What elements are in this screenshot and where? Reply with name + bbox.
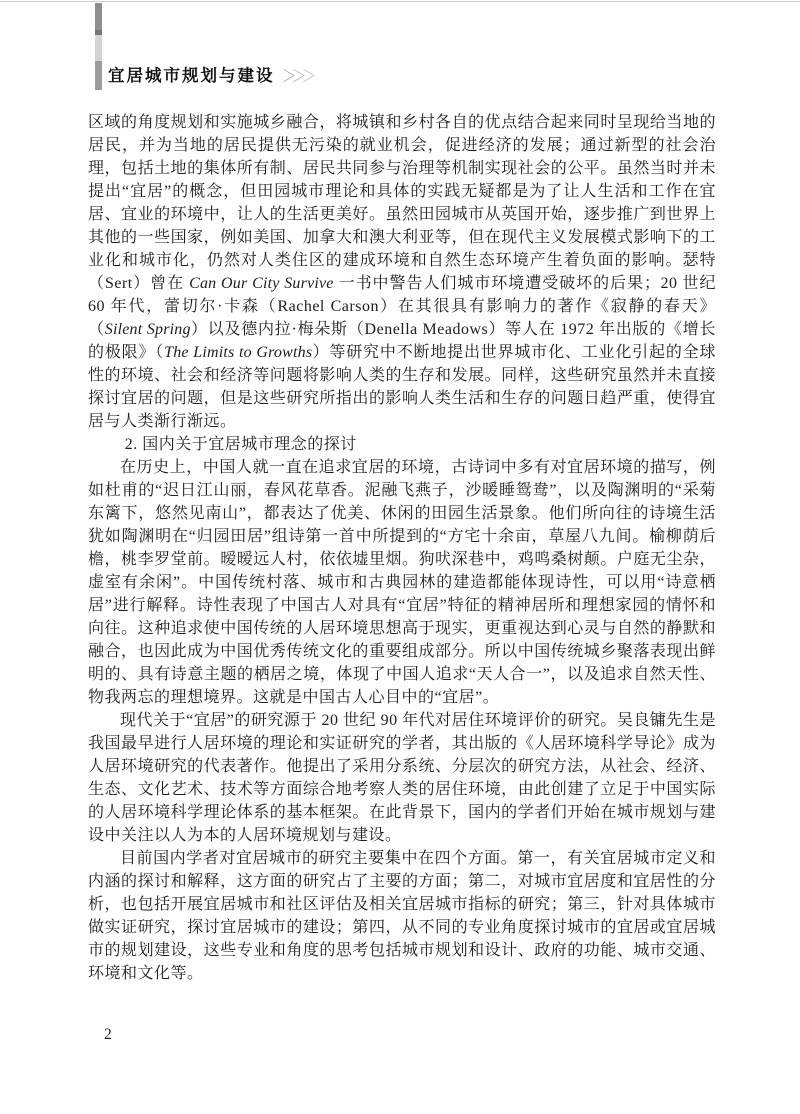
paragraph-modern-research: 现代关于“宜居”的研究源于 20 世纪 90 年代对居住环境评价的研究。吴良镛先… <box>88 709 716 847</box>
body-text: 区域的角度规划和实施城乡融合，将城镇和乡村各自的优点结合起来同时呈现给当地的居民… <box>88 111 716 985</box>
running-header-title: 宜居城市规划与建设 <box>108 62 275 86</box>
italic-book-title: The Limits to Growths <box>164 344 312 361</box>
italic-book-title: Silent Spring <box>105 321 191 338</box>
bar-segment <box>95 35 102 61</box>
bar-segment <box>95 3 102 30</box>
text-run: 现代关于“宜居”的研究源于 20 世纪 90 年代对居住环境评价的研究。吴良镛先… <box>88 712 716 844</box>
text-run: 目前国内学者对宜居城市的研究主要集中在四个方面。第一，有关宜居城市定义和内涵的探… <box>88 850 716 982</box>
paragraph-four-aspects: 目前国内学者对宜居城市的研究主要集中在四个方面。第一，有关宜居城市定义和内涵的探… <box>88 847 716 985</box>
chapter-bar-decoration <box>95 3 102 90</box>
chevrons-icon: ＞＞＞ <box>282 63 312 87</box>
book-page: 宜居城市规划与建设 ＞＞＞ 区域的角度规划和实施城乡融合，将城镇和乡村各自的优点… <box>0 0 800 1114</box>
paragraph-continuation: 区域的角度规划和实施城乡融合，将城镇和乡村各自的优点结合起来同时呈现给当地的居民… <box>88 111 716 433</box>
top-rule-divider <box>0 1 800 2</box>
running-header: 宜居城市规划与建设 ＞＞＞ <box>108 62 312 86</box>
paragraph-history: 在历史上，中国人就一直在追求宜居的环境，古诗词中多有对宜居环境的描写，例如杜甫的… <box>88 456 716 709</box>
page-number: 2 <box>104 1026 112 1044</box>
text-run: 2. 国内关于宜居城市理念的探讨 <box>125 436 357 453</box>
text-run: 区域的角度规划和实施城乡融合，将城镇和乡村各自的优点结合起来同时呈现给当地的居民… <box>88 114 716 292</box>
italic-book-title: Can Our City Survive <box>189 275 334 292</box>
bar-segment <box>95 61 102 90</box>
section-heading-2: 2. 国内关于宜居城市理念的探讨 <box>88 433 716 456</box>
text-run: 在历史上，中国人就一直在追求宜居的环境，古诗词中多有对宜居环境的描写，例如杜甫的… <box>88 459 716 706</box>
